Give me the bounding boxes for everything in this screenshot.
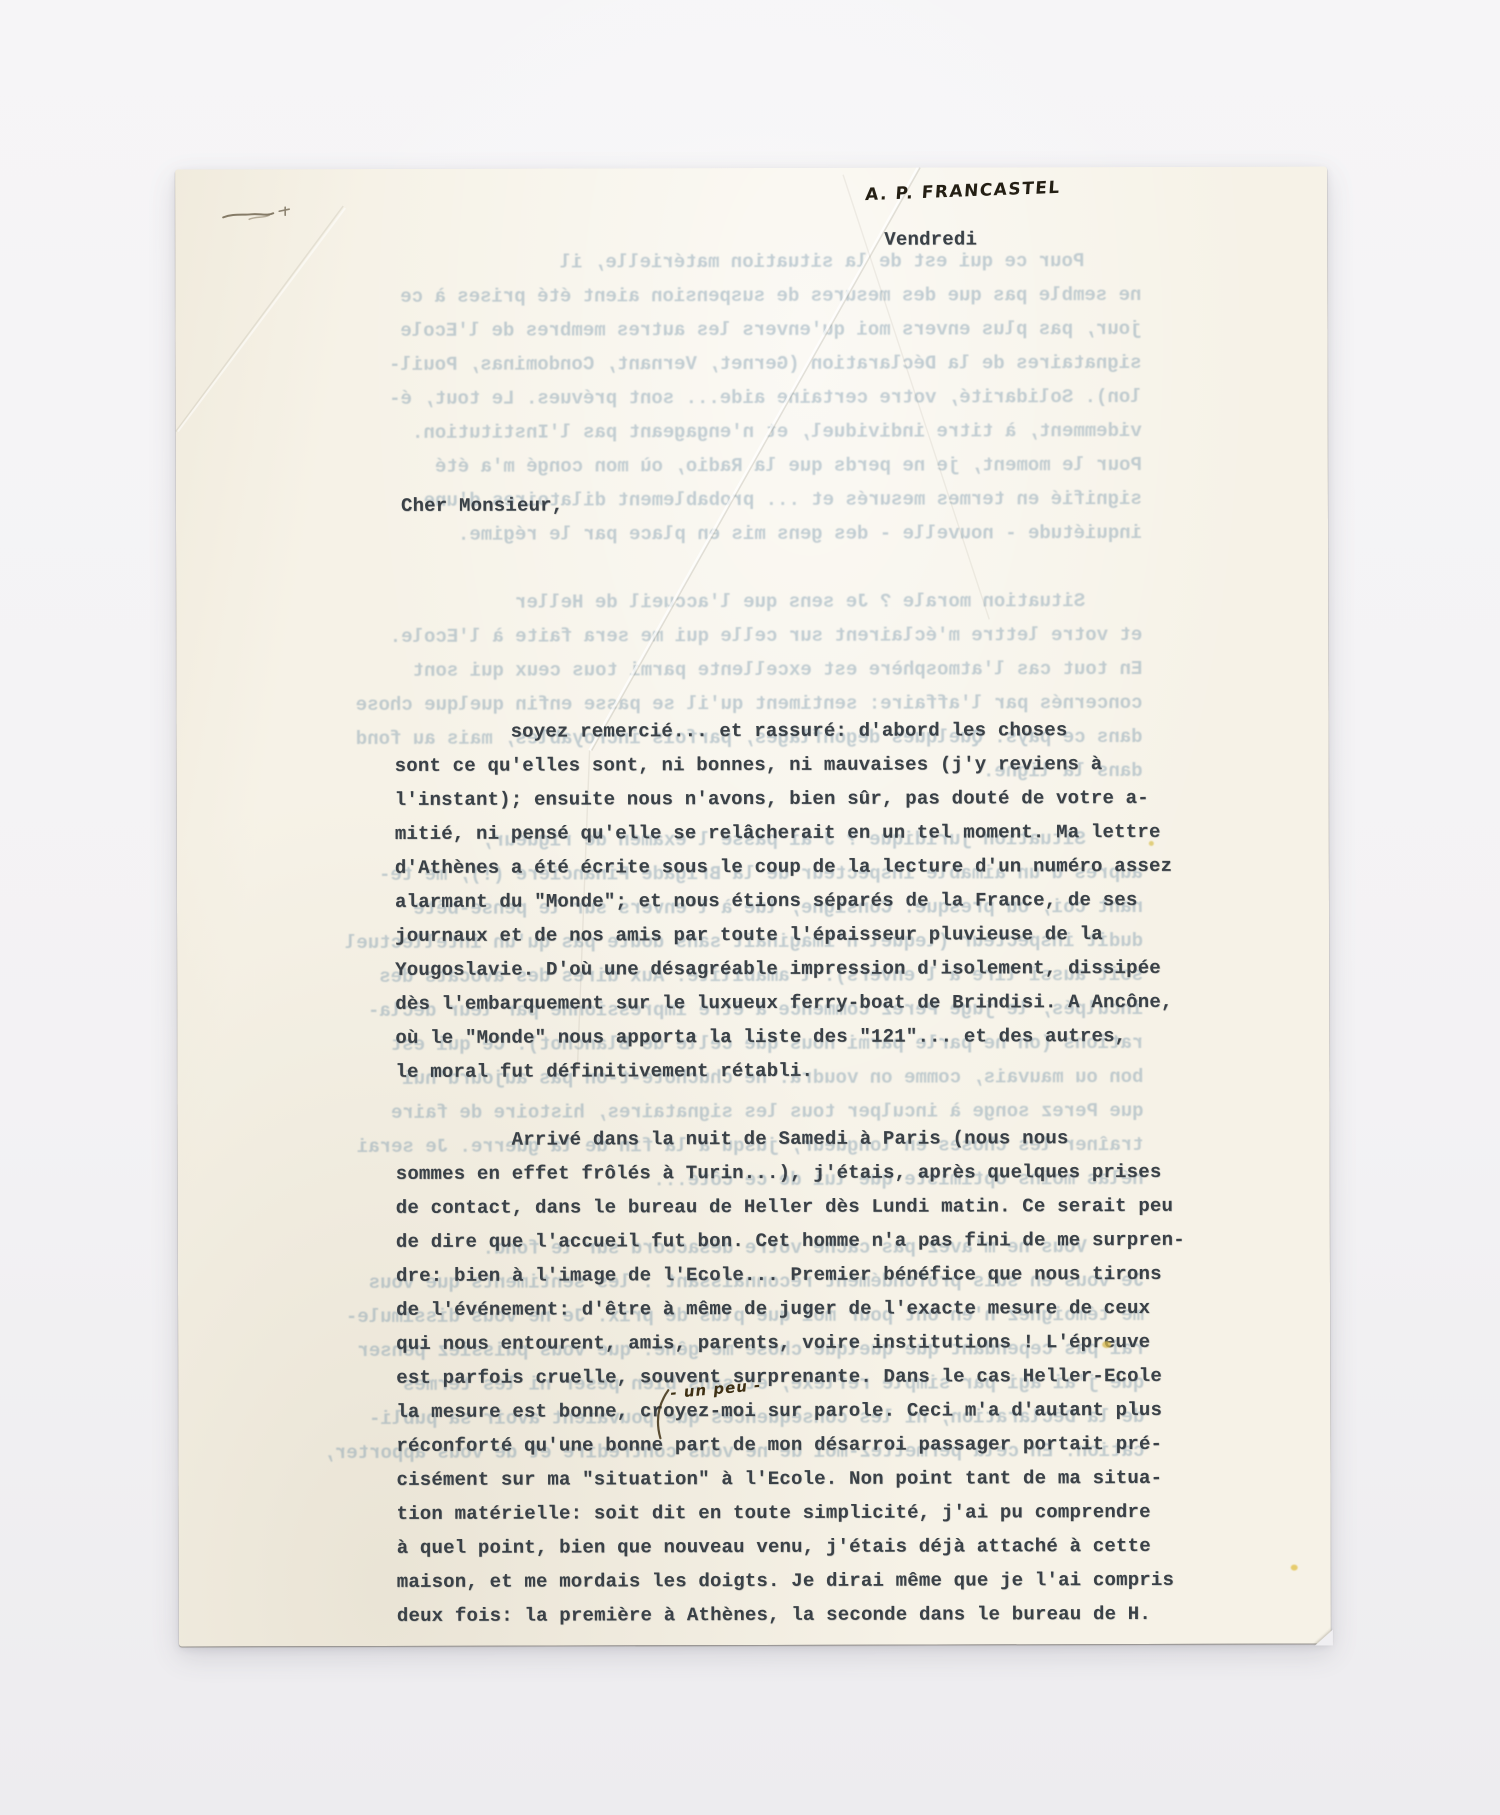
- typed-line: à quel point, bien que nouveau venu, j'é…: [397, 1529, 1186, 1565]
- typed-line: journaux et de nos amis par toute l'épai…: [395, 917, 1172, 953]
- typed-line: dès l'embarquement sur le luxueux ferry-…: [395, 985, 1172, 1021]
- letter-paragraph-1: soyez remercié... et rassuré: d'abord le…: [394, 713, 1172, 1089]
- letter-paragraph-2: Arrivé dans la nuit de Samedi à Paris (n…: [396, 1121, 1186, 1633]
- typed-line: le moral fut définitivement rétabli.: [395, 1053, 1172, 1089]
- typed-line: de dire que l'accueil fut bon. Cet homme…: [396, 1223, 1185, 1259]
- date-line: Vendredi: [884, 222, 977, 256]
- typed-line: cisément sur ma "situation" à l'Ecole. N…: [396, 1461, 1185, 1497]
- staple-mark: [219, 197, 309, 231]
- typed-line: Arrivé dans la nuit de Samedi à Paris (n…: [396, 1121, 1185, 1157]
- typed-line: qui nous entourent, amis, parents, voire…: [396, 1325, 1185, 1361]
- typed-line: alarmant du "Monde"; et nous étions sépa…: [395, 883, 1172, 919]
- typed-line: réconforté qu'une bonne part de mon désa…: [396, 1427, 1185, 1463]
- salutation: Cher Monsieur,: [401, 488, 564, 522]
- typed-line: l'instant); ensuite nous n'avons, bien s…: [395, 781, 1172, 817]
- typed-line: de contact, dans le bureau de Heller dès…: [396, 1189, 1185, 1225]
- typed-line: sont ce qu'elles sont, ni bonnes, ni mau…: [395, 747, 1172, 783]
- typed-line: est parfois cruelle, souvent surprenante…: [396, 1359, 1185, 1395]
- typed-line: d'Athènes a été écrite sous le coup de l…: [395, 849, 1172, 885]
- corner-fold: [1315, 1629, 1333, 1645]
- typed-line: la mesure est bonne, croyez-moi sur paro…: [396, 1393, 1185, 1429]
- typed-line: maison, et me mordais les doigts. Je dir…: [397, 1563, 1186, 1599]
- typed-line: de l'événement: d'être à même de juger d…: [396, 1291, 1185, 1327]
- foxing-spot: [1291, 1565, 1298, 1571]
- typed-line: sommes en effet frôlés à Turin...), j'ét…: [396, 1155, 1185, 1191]
- letter-paper: Pour ce qui est de la situation matériel…: [175, 166, 1331, 1646]
- typed-line: deux fois: la première à Athènes, la sec…: [397, 1597, 1186, 1633]
- typed-line: mitié, ni pensé qu'elle se relâcherait e…: [395, 815, 1172, 851]
- typed-line: tion matérielle: soit dit en toute simpl…: [397, 1495, 1186, 1531]
- typed-line: Yougoslavie. D'où une désagréable impres…: [395, 951, 1172, 987]
- typed-line: où le "Monde" nous apporta la liste des …: [395, 1019, 1172, 1055]
- typed-line: dre: bien à l'image de l'Ecole... Premie…: [396, 1257, 1185, 1293]
- foxing-spot: [1102, 1341, 1111, 1348]
- typed-line: soyez remercié... et rassuré: d'abord le…: [394, 713, 1171, 749]
- foxing-spot: [1149, 841, 1154, 846]
